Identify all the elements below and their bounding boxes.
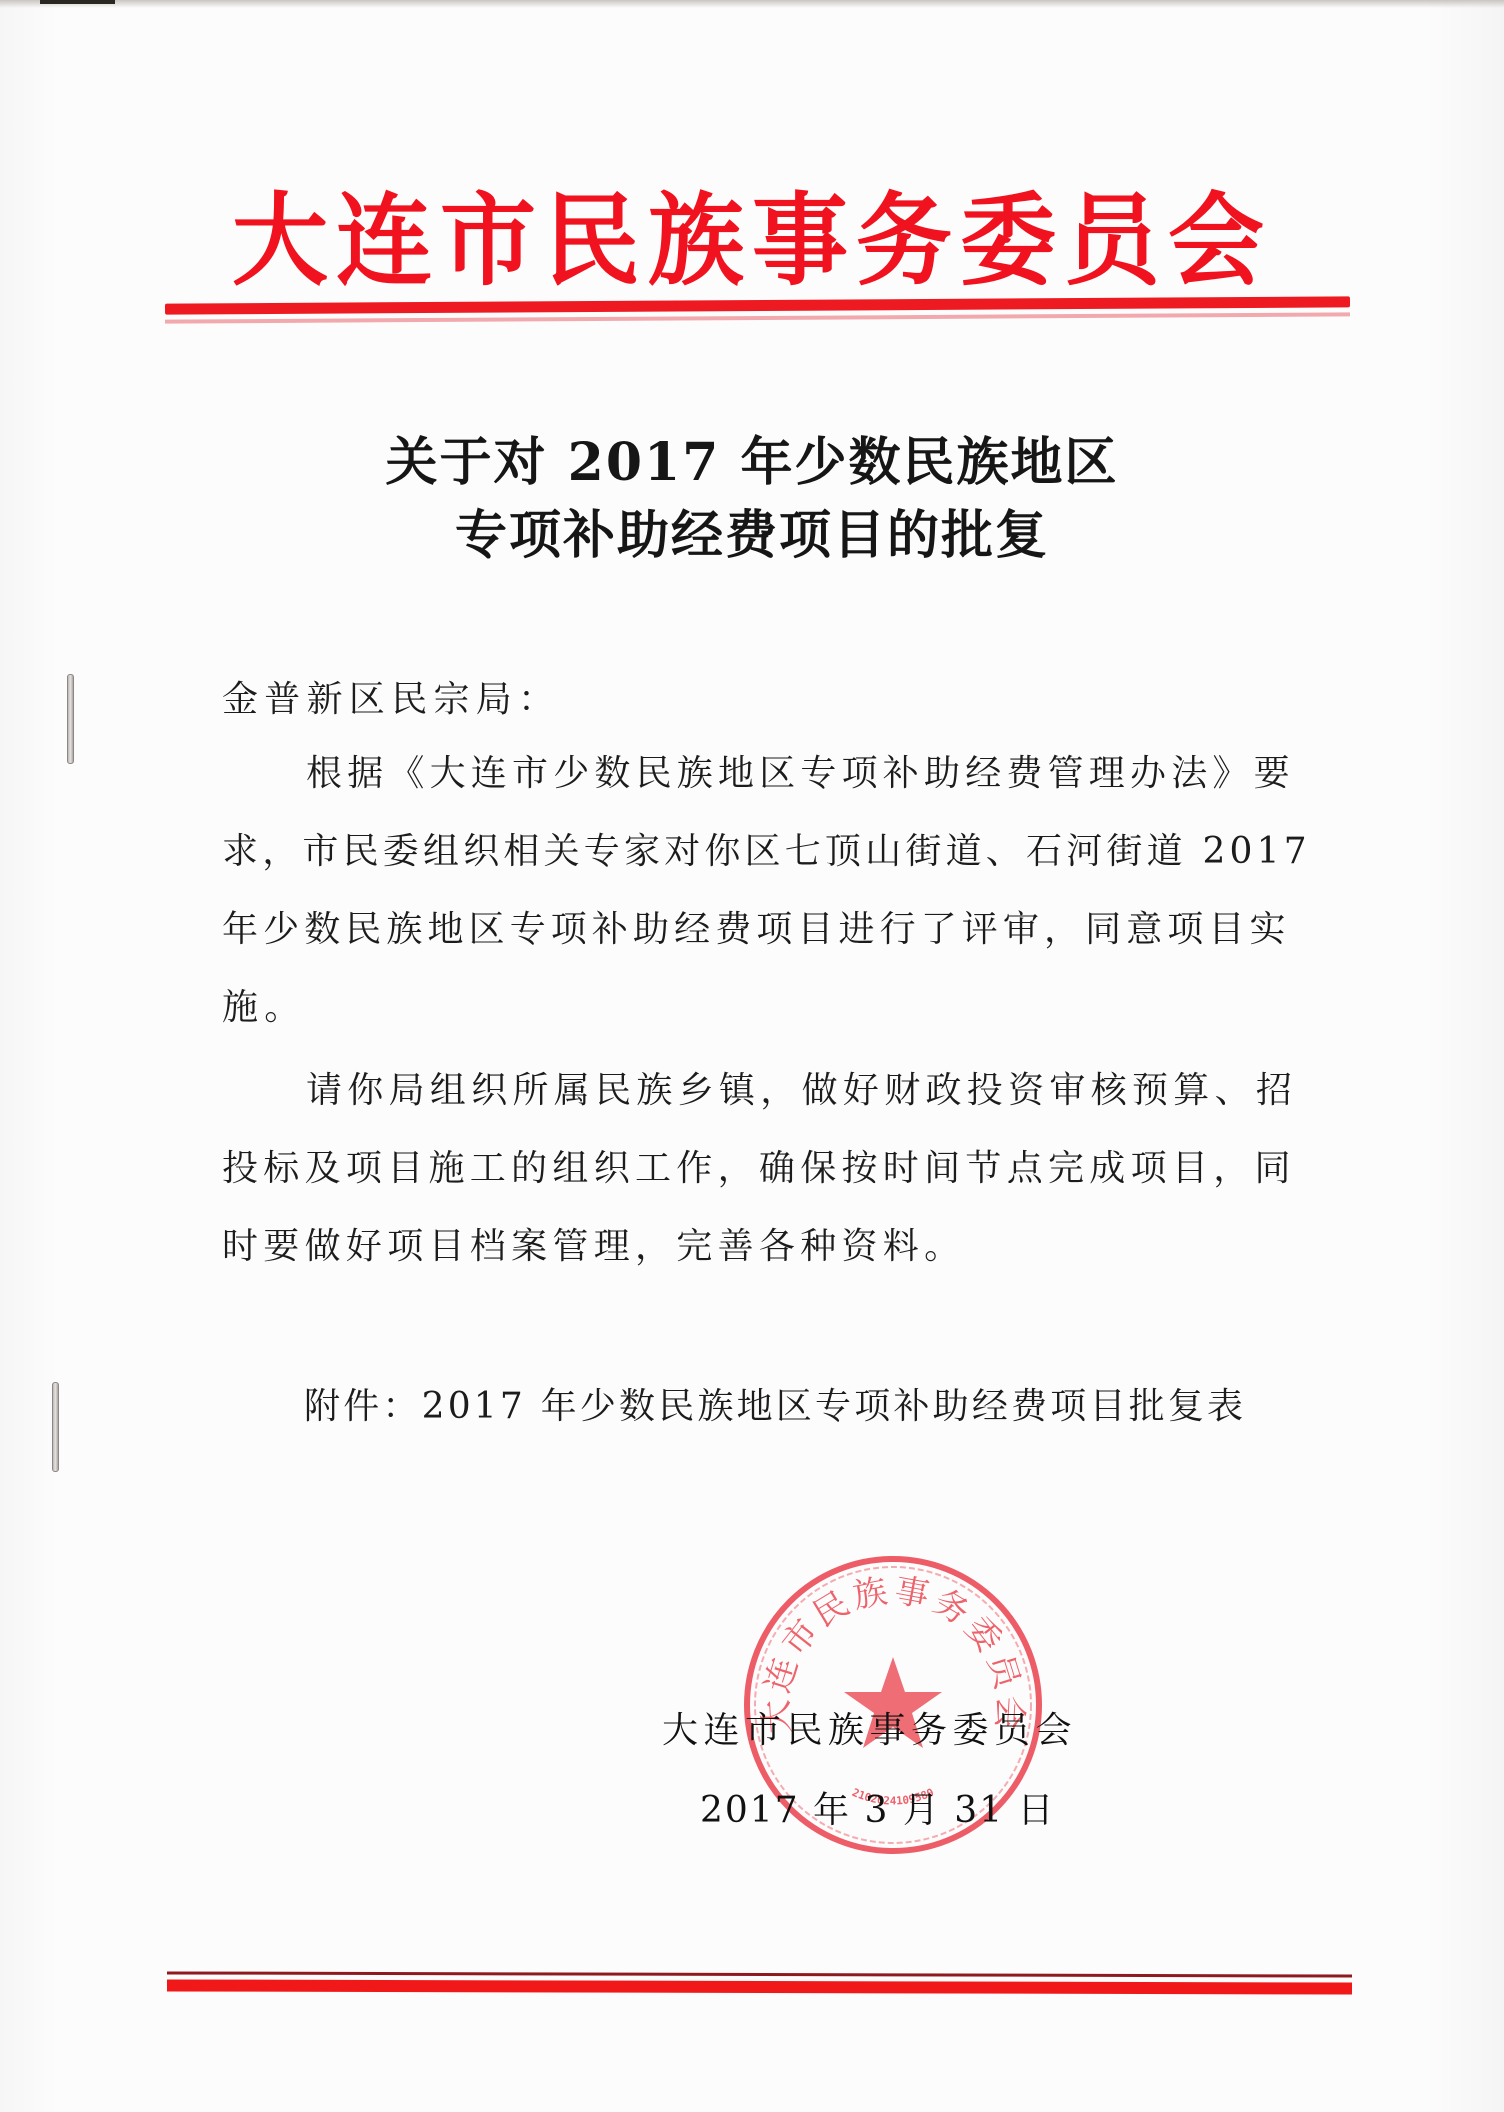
paragraph-1-line-3: 年少数民族地区专项补助经费项目进行了评审，同意项目实 xyxy=(222,908,1286,952)
scan-top-edge xyxy=(0,0,1504,8)
paragraph-2-line-2: 投标及项目施工的组织工作，确保按时间节点完成项目，同 xyxy=(222,1147,1296,1191)
attachment-line: 附件：2017 年少数民族地区专项补助经费项目批复表 xyxy=(304,1385,1246,1429)
document-title-line-1: 关于对 2017 年少数民族地区 xyxy=(0,432,1504,494)
paragraph-1-line-1: 根据《大连市少数民族地区专项补助经费管理办法》要 xyxy=(306,752,1286,796)
paragraph-1-line-2: 求，市民委组织相关专家对你区七顶山街道、石河街道 2017 xyxy=(222,830,1286,874)
document-title-line-2: 专项补助经费项目的批复 xyxy=(0,505,1504,567)
paragraph-1-line-4: 施。 xyxy=(222,986,307,1030)
paragraph-2-line-1: 请你局组织所属民族乡镇，做好财政投资审核预算、招 xyxy=(306,1069,1297,1113)
scan-top-edge-mark xyxy=(40,0,115,4)
letterhead-org-name: 大连市民族事务委员会 xyxy=(0,183,1504,299)
staple-mark-bottom xyxy=(52,1382,59,1472)
salutation: 金普新区民宗局： xyxy=(222,678,560,722)
signature-org: 大连市民族事务委员会 xyxy=(662,1709,1077,1753)
paragraph-2-line-3: 时要做好项目档案管理，完善各种资料。 xyxy=(222,1225,965,1269)
signature-date: 2017 年 3 月 31 日 xyxy=(700,1789,1056,1833)
staple-mark-top xyxy=(67,674,74,764)
paragraph-1-line-1-text: 根据《大连市少数民族地区专项补助经费管理办法》要 xyxy=(306,752,1295,796)
